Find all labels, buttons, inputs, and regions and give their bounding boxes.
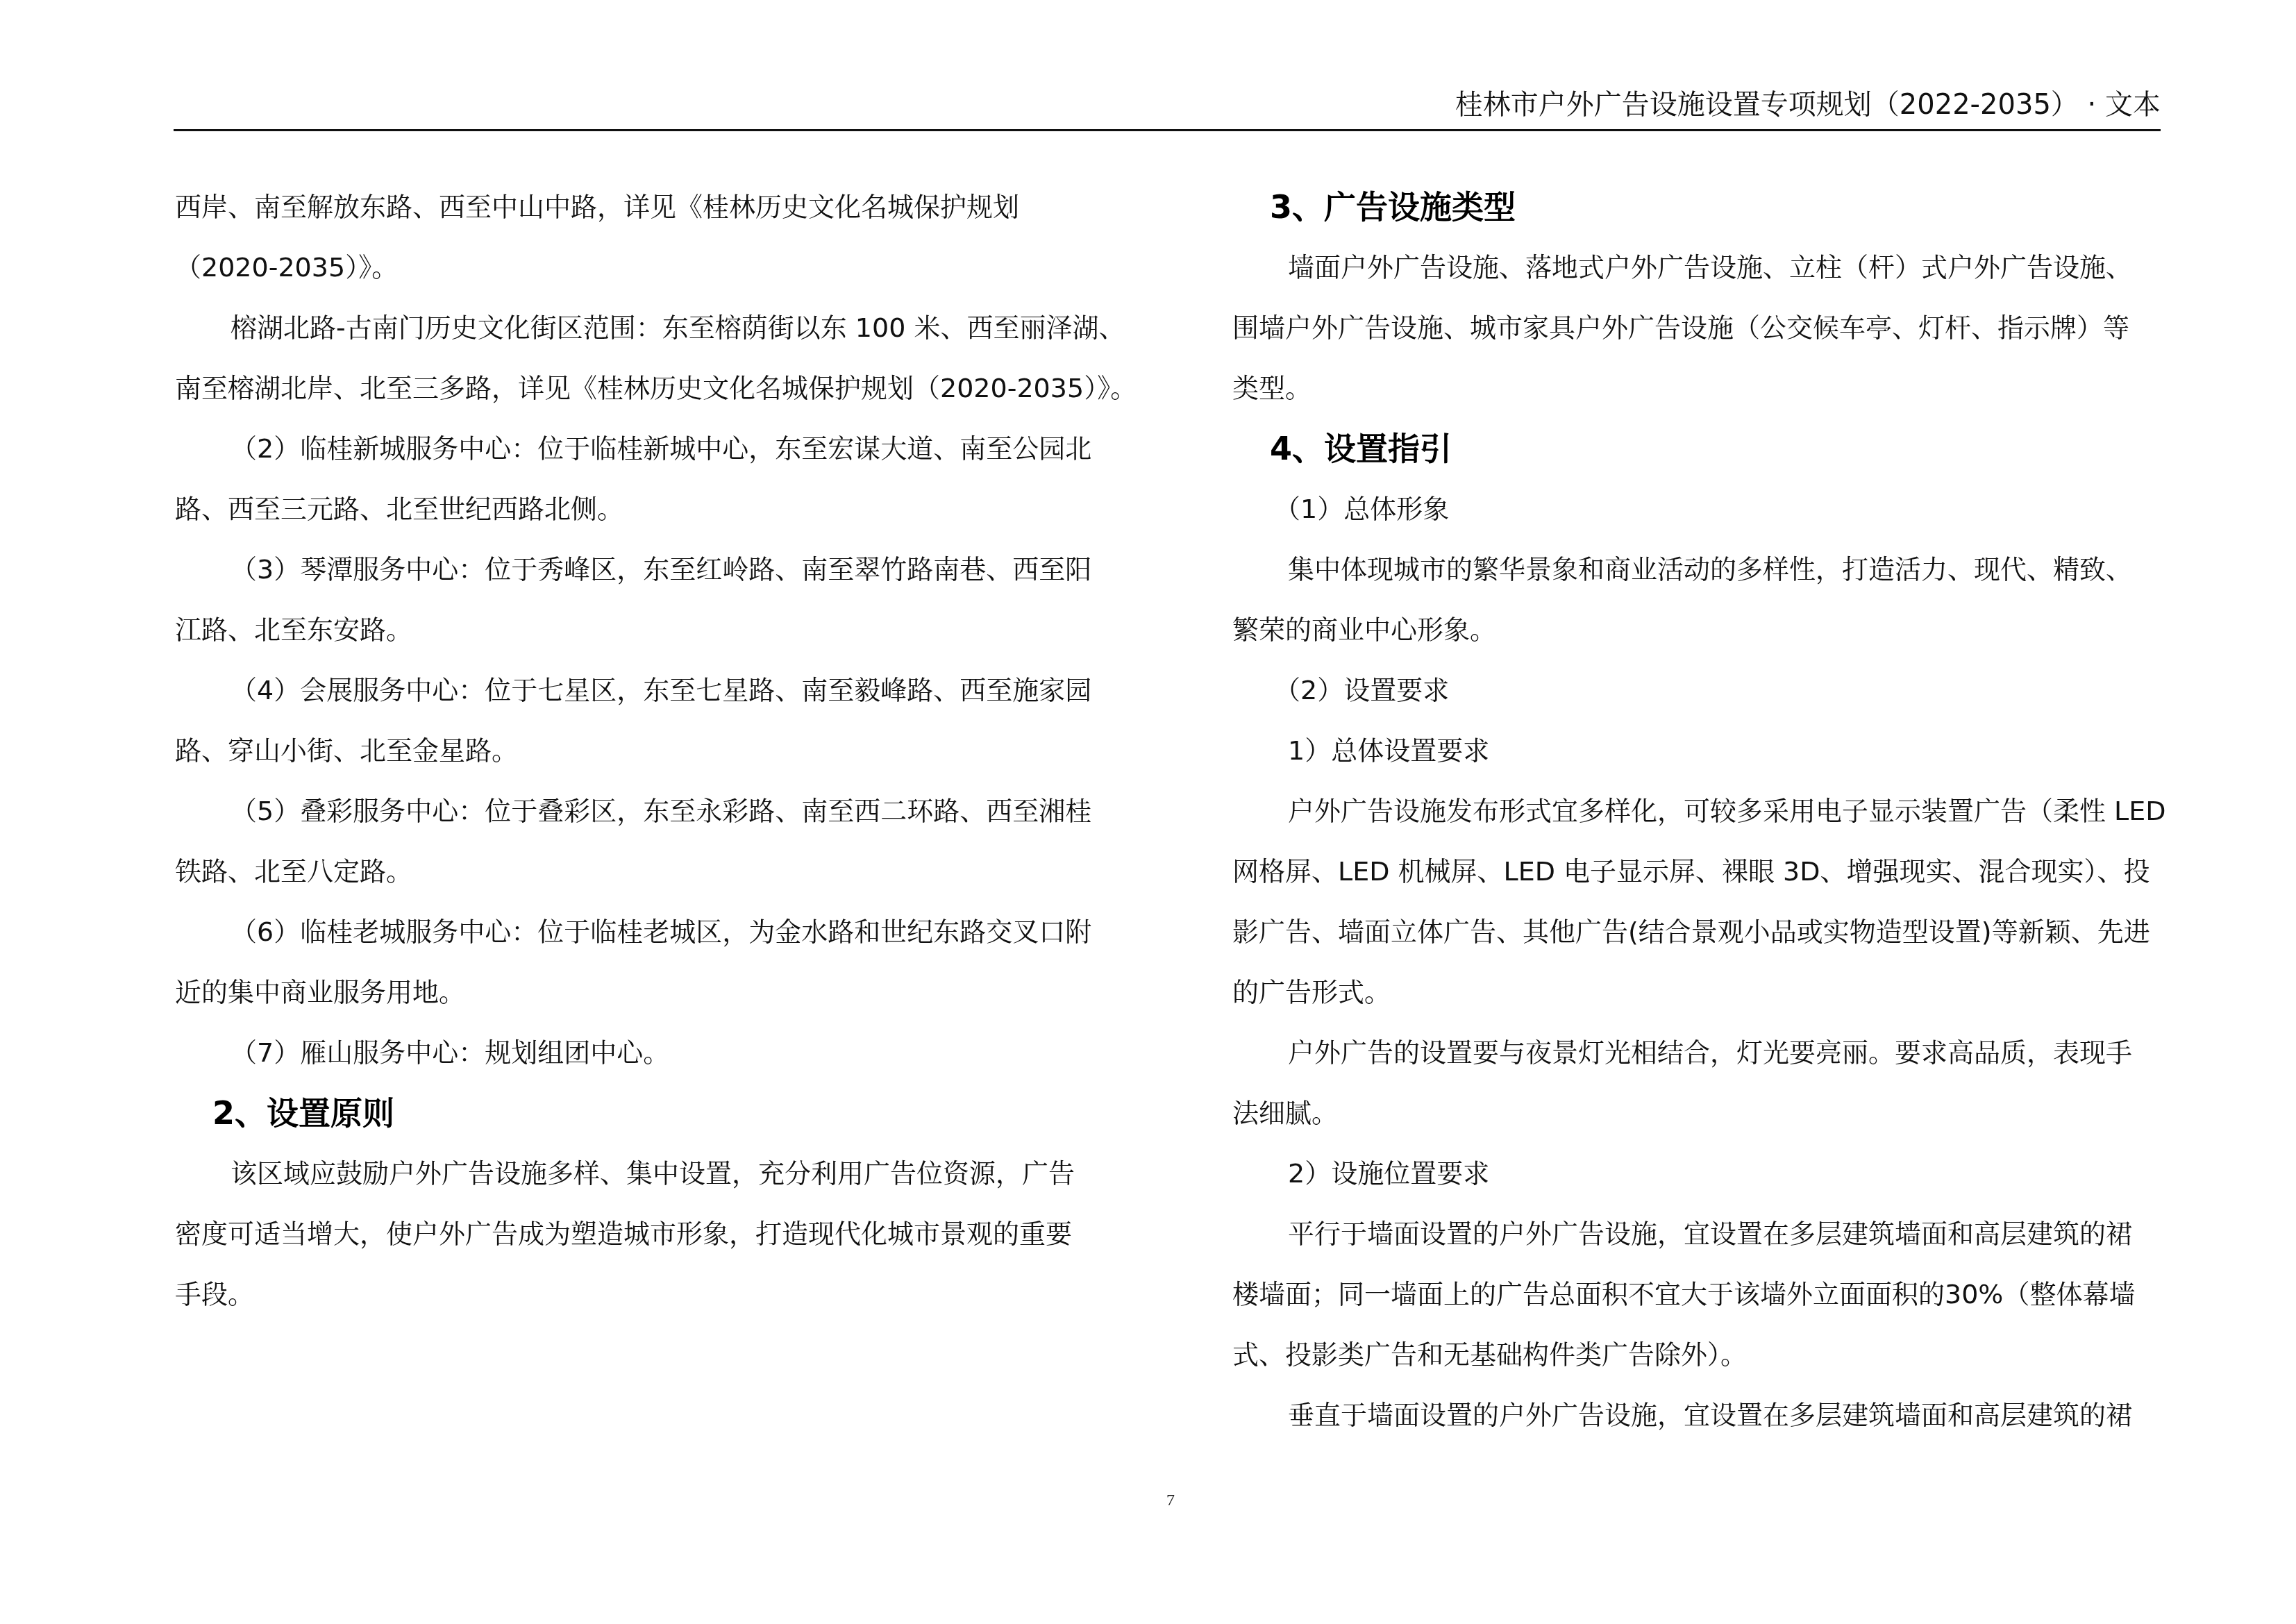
paragraph-line: 类型。 [1232, 358, 2170, 419]
paragraph-line: （2）临桂新城服务中心：位于临桂新城中心，东至宏谋大道、南至公园北 [175, 419, 1112, 479]
paragraph-line: 手段。 [175, 1264, 1112, 1325]
document-title: 桂林市户外广告设施设置专项规划（2022-2035） · 文本 [1455, 87, 2161, 122]
subheading-overall-image: （1）总体形象 [1232, 479, 2170, 539]
paragraph-line: 式、投影类广告和无基础构件类广告除外）。 [1232, 1325, 2170, 1385]
page-number: 7 [1166, 1491, 1175, 1510]
subheading-setting-requirements: （2）设置要求 [1232, 660, 2170, 721]
paragraph-line: （3）琴潭服务中心：位于秀峰区，东至红岭路、南至翠竹路南巷、西至阳 [175, 539, 1112, 600]
paragraph-line: 网格屏、LED 机械屏、LED 电子显示屏、裸眼 3D、增强现实、混合现实）、投 [1232, 842, 2170, 902]
paragraph-line: 垂直于墙面设置的户外广告设施，宜设置在多层建筑墙面和高层建筑的裙 [1232, 1385, 2170, 1446]
paragraph-line: 近的集中商业服务用地。 [175, 962, 1112, 1023]
paragraph-line: 的广告形式。 [1232, 962, 2170, 1023]
paragraph-line: 该区域应鼓励户外广告设施多样、集中设置，充分利用广告位资源，广告 [175, 1144, 1112, 1204]
paragraph-line: 路、西至三元路、北至世纪西路北侧。 [175, 479, 1112, 539]
paragraph-line: 墙面户外广告设施、落地式户外广告设施、立柱（杆）式户外广告设施、 [1232, 237, 2170, 298]
paragraph-line: 江路、北至东安路。 [175, 600, 1112, 660]
header-divider [174, 129, 2161, 131]
paragraph-line: 平行于墙面设置的户外广告设施，宜设置在多层建筑墙面和高层建筑的裙 [1232, 1204, 2170, 1264]
paragraph-line: 密度可适当增大，使户外广告成为塑造城市形象，打造现代化城市景观的重要 [175, 1204, 1112, 1264]
paragraph-line: （2020-2035）》。 [175, 237, 1112, 298]
paragraph-line: （7）雁山服务中心：规划组团中心。 [175, 1023, 1112, 1083]
paragraph-line: 户外广告的设置要与夜景灯光相结合，灯光要亮丽。要求高品质，表现手 [1232, 1023, 2170, 1083]
paragraph-line: （4）会展服务中心：位于七星区，东至七星路、南至毅峰路、西至施家园 [175, 660, 1112, 721]
paragraph-line: 集中体现城市的繁华景象和商业活动的多样性，打造活力、现代、精致、 [1232, 539, 2170, 600]
section-heading-principles: 2、设置原则 [175, 1083, 1112, 1144]
paragraph-line: 繁荣的商业中心形象。 [1232, 600, 2170, 660]
paragraph-line: 西岸、南至解放东路、西至中山中路，详见《桂林历史文化名城保护规划 [175, 177, 1112, 237]
paragraph-line: 户外广告设施发布形式宜多样化，可较多采用电子显示装置广告（柔性 LED [1232, 781, 2170, 842]
paragraph-line: 围墙户外广告设施、城市家具户外广告设施（公交候车亭、灯杆、指示牌）等 [1232, 298, 2170, 358]
paragraph-line: 榕湖北路-古南门历史文化街区范围：东至榕荫街以东 100 米、西至丽泽湖、 [175, 298, 1112, 358]
paragraph-line: 南至榕湖北岸、北至三多路，详见《桂林历史文化名城保护规划（2020-2035）》… [175, 358, 1112, 419]
section-heading-facility-types: 3、广告设施类型 [1232, 177, 2170, 237]
paragraph-line: 楼墙面；同一墙面上的广告总面积不宜大于该墙外立面面积的30%（整体幕墙 [1232, 1264, 2170, 1325]
paragraph-line: 法细腻。 [1232, 1083, 2170, 1144]
section-heading-guidelines: 4、设置指引 [1232, 419, 2170, 479]
page-header: 桂林市户外广告设施设置专项规划（2022-2035） · 文本 [174, 83, 2161, 131]
paragraph-line: （5）叠彩服务中心：位于叠彩区，东至永彩路、南至西二环路、西至湘桂 [175, 781, 1112, 842]
left-column: 西岸、南至解放东路、西至中山中路，详见《桂林历史文化名城保护规划 （2020-2… [175, 177, 1112, 1325]
paragraph-line: 影广告、墙面立体广告、其他广告(结合景观小品或实物造型设置)等新颖、先进 [1232, 902, 2170, 962]
paragraph-line: （6）临桂老城服务中心：位于临桂老城区，为金水路和世纪东路交叉口附 [175, 902, 1112, 962]
subheading-location-requirements: 2）设施位置要求 [1232, 1144, 2170, 1204]
right-column: 3、广告设施类型 墙面户外广告设施、落地式户外广告设施、立柱（杆）式户外广告设施… [1232, 177, 2170, 1446]
paragraph-line: 路、穿山小街、北至金星路。 [175, 721, 1112, 781]
paragraph-line: 铁路、北至八定路。 [175, 842, 1112, 902]
subheading-overall-requirements: 1）总体设置要求 [1232, 721, 2170, 781]
